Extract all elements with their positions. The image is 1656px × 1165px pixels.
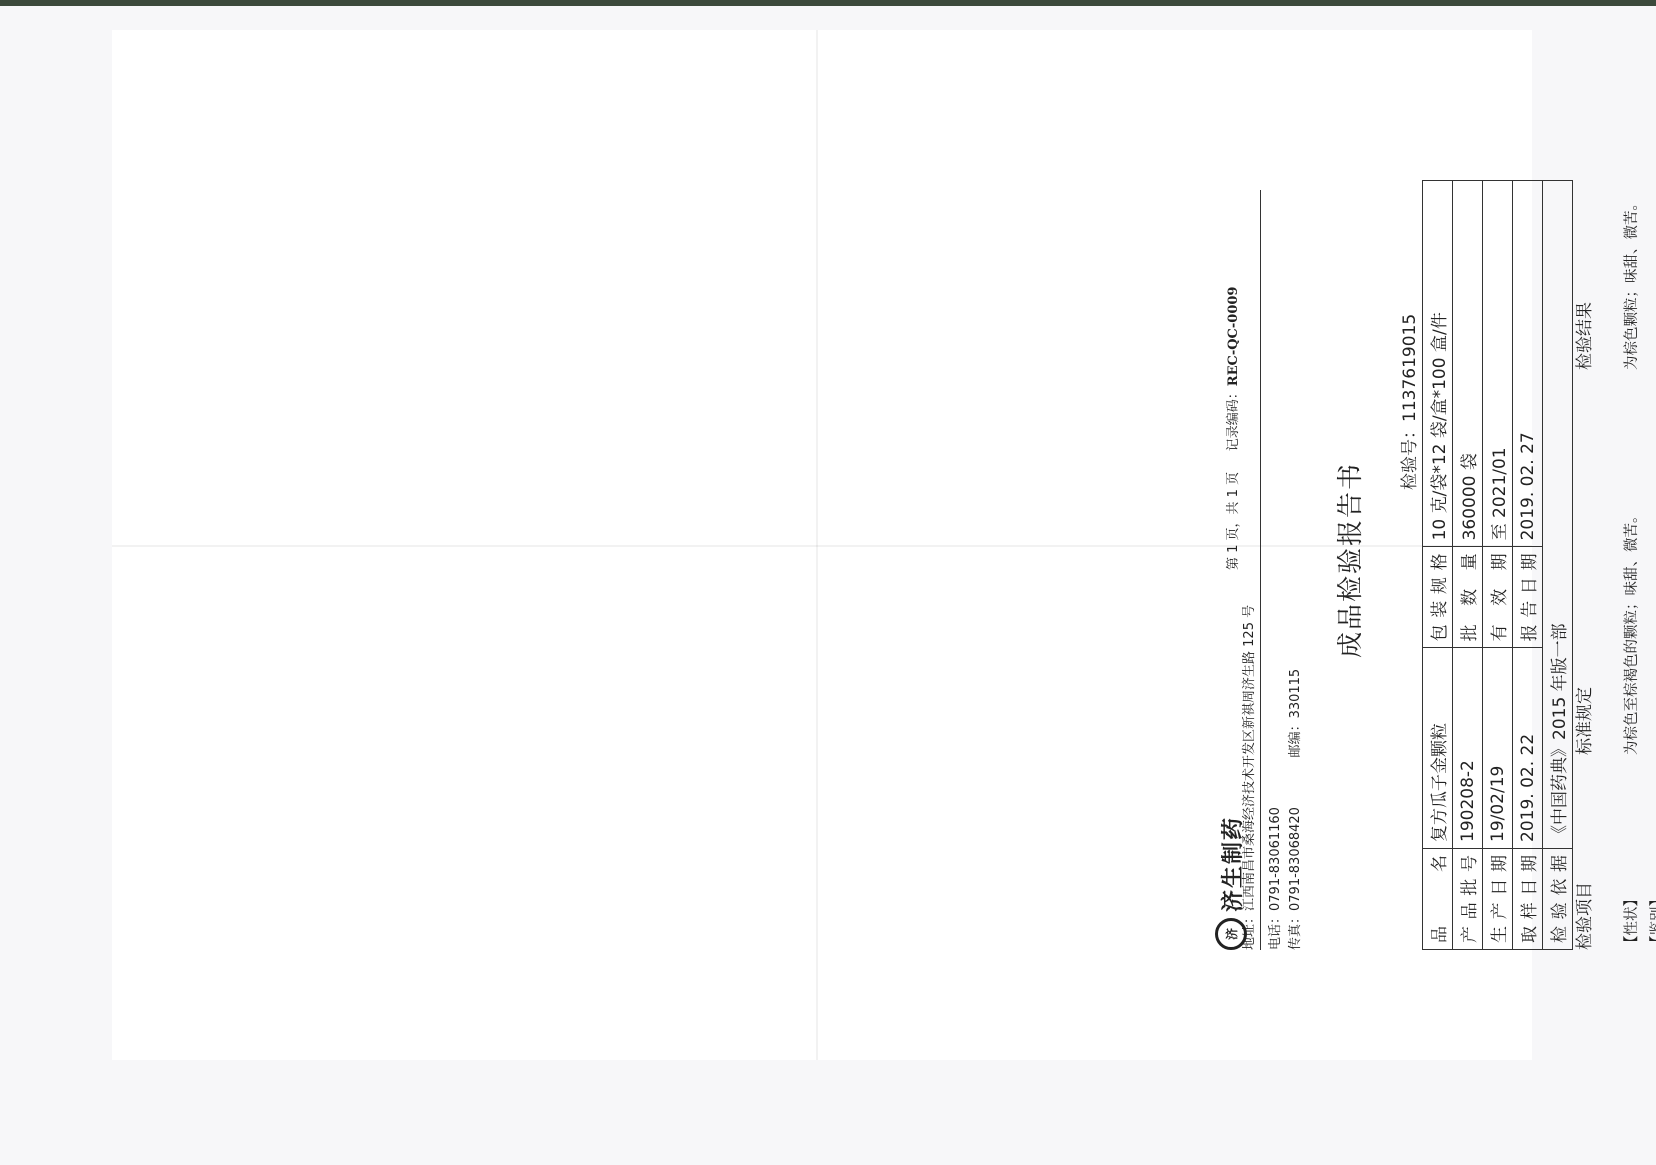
inspection-report: 济 济生制药 第 1 页，共 1 页 记录编码：REC-QC-0009 地址：江… [1010, 110, 1656, 1010]
phone: 0791-83061160 [1268, 807, 1283, 911]
result-result: 为棕色颗粒；味甜、微苦。 [1620, 196, 1641, 370]
info-value: 2019. 02. 22 [1513, 648, 1543, 849]
info-value: 360000 袋 [1453, 181, 1483, 547]
info-label: 报告日期 [1513, 547, 1543, 648]
result-item: 【性状】 [1620, 892, 1641, 950]
info-label: 品 名 [1423, 849, 1453, 950]
info-value: 10 克/袋*12 袋/盒*100 盒/件 [1423, 181, 1453, 547]
record-code: REC-QC-0009 [1226, 287, 1241, 387]
info-label: 检验依据 [1543, 849, 1573, 950]
info-row: 取样日期2019. 02. 22报告日期2019. 02. 27 [1513, 181, 1543, 950]
address-label: 地址： [1242, 911, 1257, 950]
page-info: 第 1 页，共 1 页 [1226, 472, 1241, 570]
info-label: 取样日期 [1513, 849, 1543, 950]
product-info-table: 品 名复方瓜子金颗粒包装规格10 克/袋*12 袋/盒*100 盒/件产品批号1… [1422, 180, 1573, 950]
col-header-item: 检验项目 [1570, 882, 1595, 950]
col-header-standard: 标准规定 [1570, 687, 1595, 755]
col-header-result: 检验结果 [1570, 302, 1595, 370]
fax-line: 传真：0791-83068420 邮编：330115 [1284, 669, 1303, 950]
fax: 0791-83068420 [1288, 807, 1303, 911]
postcode-label: 邮编： [1288, 718, 1303, 757]
info-value: 《中国药典》2015 年版一部 [1543, 181, 1573, 849]
scanner-edge [0, 0, 1656, 6]
info-label: 产品批号 [1453, 849, 1483, 950]
info-row: 品 名复方瓜子金颗粒包装规格10 克/袋*12 袋/盒*100 盒/件 [1423, 181, 1453, 950]
info-row: 产品批号190208-2批 数 量360000 袋 [1453, 181, 1483, 950]
info-value: 2019. 02. 27 [1513, 181, 1543, 547]
info-label: 生产日期 [1483, 849, 1513, 950]
inspection-number: 检验号：1137619015 [1395, 314, 1420, 490]
phone-label: 电话： [1268, 911, 1283, 950]
report-title: 成品检验报告书 [1330, 110, 1367, 1010]
result-standard: 为棕色至棕褐色的颗粒；味甜、微苦。 [1620, 509, 1641, 756]
inspection-number-label: 检验号： [1400, 422, 1420, 490]
info-label: 包装规格 [1423, 547, 1453, 648]
info-label: 有 效 期 [1483, 547, 1513, 648]
info-value: 复方瓜子金颗粒 [1423, 648, 1453, 849]
info-value: 19/02/19 [1483, 648, 1513, 849]
header-divider [1260, 190, 1261, 950]
page-info-line: 第 1 页，共 1 页 记录编码：REC-QC-0009 [1222, 287, 1241, 570]
postcode: 330115 [1288, 669, 1303, 719]
record-code-label: 记录编码： [1226, 386, 1241, 451]
phone-line: 电话：0791-83061160 [1264, 807, 1283, 950]
info-row: 检验依据《中国药典》2015 年版一部 [1543, 181, 1573, 950]
result-item: 【鉴别】 [1646, 892, 1656, 950]
inspection-number-value: 1137619015 [1400, 314, 1420, 422]
fax-label: 传真： [1288, 911, 1303, 950]
info-value: 至 2021/01 [1483, 181, 1513, 547]
info-row: 生产日期19/02/19有 效 期至 2021/01 [1483, 181, 1513, 950]
info-label: 批 数 量 [1453, 547, 1483, 648]
paper-fold-vertical [816, 30, 818, 1060]
address-line: 地址：江西南昌市桑海经济技术开发区新祺周济生路 125 号 [1238, 605, 1257, 950]
info-value: 190208-2 [1453, 648, 1483, 849]
address: 江西南昌市桑海经济技术开发区新祺周济生路 125 号 [1242, 605, 1257, 911]
